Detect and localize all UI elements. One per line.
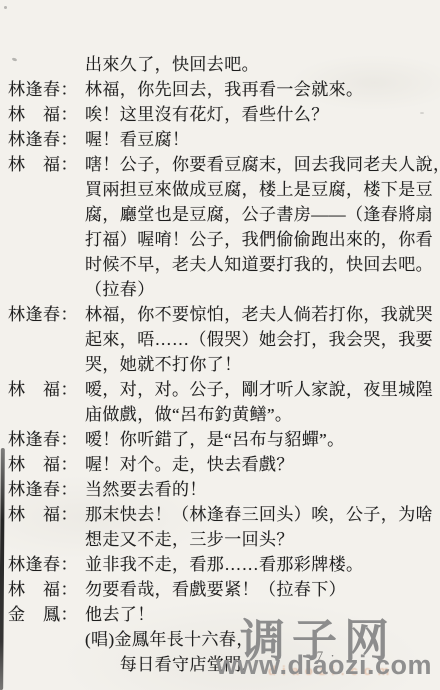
speaker-label: 林 福： <box>8 502 78 527</box>
dialogue-line: 並非我不走，看那……看那彩牌楼。 <box>85 552 436 577</box>
script-paragraph: 林逢春：林福，你先回去，我再看一会就來。 <box>8 77 436 102</box>
script-paragraph: 林逢春：当然要去看的！ <box>8 477 436 502</box>
script-paragraph: 林 福：唉！这里沒有花灯，看些什么？ <box>8 102 436 127</box>
speaker-label: 林逢春： <box>8 77 78 102</box>
dialogue-line: 想走又不走，三步一回头？ <box>85 527 436 552</box>
dialogue-line: 嗳，对，对。公子，剛才听人家說，夜里城隍 <box>85 377 436 402</box>
speaker-label: 林 福： <box>8 152 78 177</box>
dialogue-line: 庙做戲，做“呂布釣黄鳝”。 <box>85 402 436 427</box>
script-paragraph: 林 福：那末快去！（林逢春三回头）唉，公子，为啥想走又不走，三步一回头？ <box>8 502 436 552</box>
speaker-label: 金 鳳： <box>8 602 78 627</box>
script-paragraph: 林 福：喔！对个。走，快去看戲？ <box>8 452 436 477</box>
dialogue-line: 林福，你不要惊怕，老夫人倘若打你，我就哭 <box>85 302 436 327</box>
dialogue-line: 林福，你先回去，我再看一会就來。 <box>85 77 436 102</box>
speaker-label: 林 福： <box>8 452 78 477</box>
speaker-label: 林 福： <box>8 577 78 602</box>
dialogue-line: 出來久了，快回去吧。 <box>85 52 436 77</box>
speaker-label: 林逢春： <box>8 302 78 327</box>
dialogue-line: 唉！这里沒有花灯，看些什么？ <box>85 102 436 127</box>
dialogue-line: 腐，廳堂也是豆腐，公子書房——（逢春將扇 <box>85 202 436 227</box>
scanned-script-page: 出來久了，快回去吧。林逢春：林福，你先回去，我再看一会就來。林 福：唉！这里沒有… <box>0 0 440 690</box>
scan-speck <box>420 112 424 114</box>
script-paragraph: 出來久了，快回去吧。 <box>8 52 436 77</box>
dialogue-line: 那末快去！（林逢春三回头）唉，公子，为啥 <box>85 502 436 527</box>
script-paragraph: 林逢春：喔！看豆腐！ <box>8 127 436 152</box>
dialogue-line: 嗐！公子，你要看豆腐末，回去我同老夫人說， <box>85 152 436 177</box>
dialogue-line: 时候不早，老夫人知道要打我的，快回去吧。 <box>85 252 436 277</box>
script-paragraph: 林 福：勿要看哉，看戲要紧！（拉春下） <box>8 577 436 602</box>
speaker-label: 林 福： <box>8 102 78 127</box>
dialogue-line: 哭，她就不打你了！ <box>85 352 436 377</box>
script-paragraph: 林逢春：林福，你不要惊怕，老夫人倘若打你，我就哭起來，唔……（假哭）她会打，我会… <box>8 302 436 377</box>
dialogue-line: 喔！对个。走，快去看戲？ <box>85 452 436 477</box>
script-paragraph: 林逢春：嗳！你听錯了，是“呂布与貂蟬”。 <box>8 427 436 452</box>
speaker-label: 林逢春： <box>8 477 78 502</box>
scan-speck <box>4 6 7 9</box>
script-paragraph: 林 福：嗐！公子，你要看豆腐末，回去我同老夫人說，買兩担豆來做成豆腐，楼上是豆腐… <box>8 152 436 302</box>
speaker-label: 林逢春： <box>8 127 78 152</box>
dialogue-line: 勿要看哉，看戲要紧！（拉春下） <box>85 577 436 602</box>
script-content: 出來久了，快回去吧。林逢春：林福，你先回去，我再看一会就來。林 福：唉！这里沒有… <box>8 52 436 677</box>
speaker-label: 林逢春： <box>8 552 78 577</box>
script-paragraph: 林 福：嗳，对，对。公子，剛才听人家說，夜里城隍庙做戲，做“呂布釣黄鳝”。 <box>8 377 436 427</box>
scan-edge-artifact <box>0 448 5 690</box>
dialogue-line: 嗳！你听錯了，是“呂布与貂蟬”。 <box>85 427 436 452</box>
script-paragraph: 林逢春：並非我不走，看那……看那彩牌楼。 <box>8 552 436 577</box>
watermark-site-url: www.diaozi.com <box>216 650 432 681</box>
speaker-label: 林逢春： <box>8 427 78 452</box>
dialogue-line: 買兩担豆來做成豆腐，楼上是豆腐，楼下是豆 <box>85 177 436 202</box>
speaker-label: 林 福： <box>8 377 78 402</box>
dialogue-line: 打福）喔唷！公子，我們偷偷跑出來的，你看 <box>85 227 436 252</box>
dialogue-line: 喔！看豆腐！ <box>85 127 436 152</box>
dialogue-line: 当然要去看的！ <box>85 477 436 502</box>
dialogue-line: 起來，唔……（假哭）她会打，我会哭，我要 <box>85 327 436 352</box>
dialogue-line: （拉春） <box>85 277 436 302</box>
